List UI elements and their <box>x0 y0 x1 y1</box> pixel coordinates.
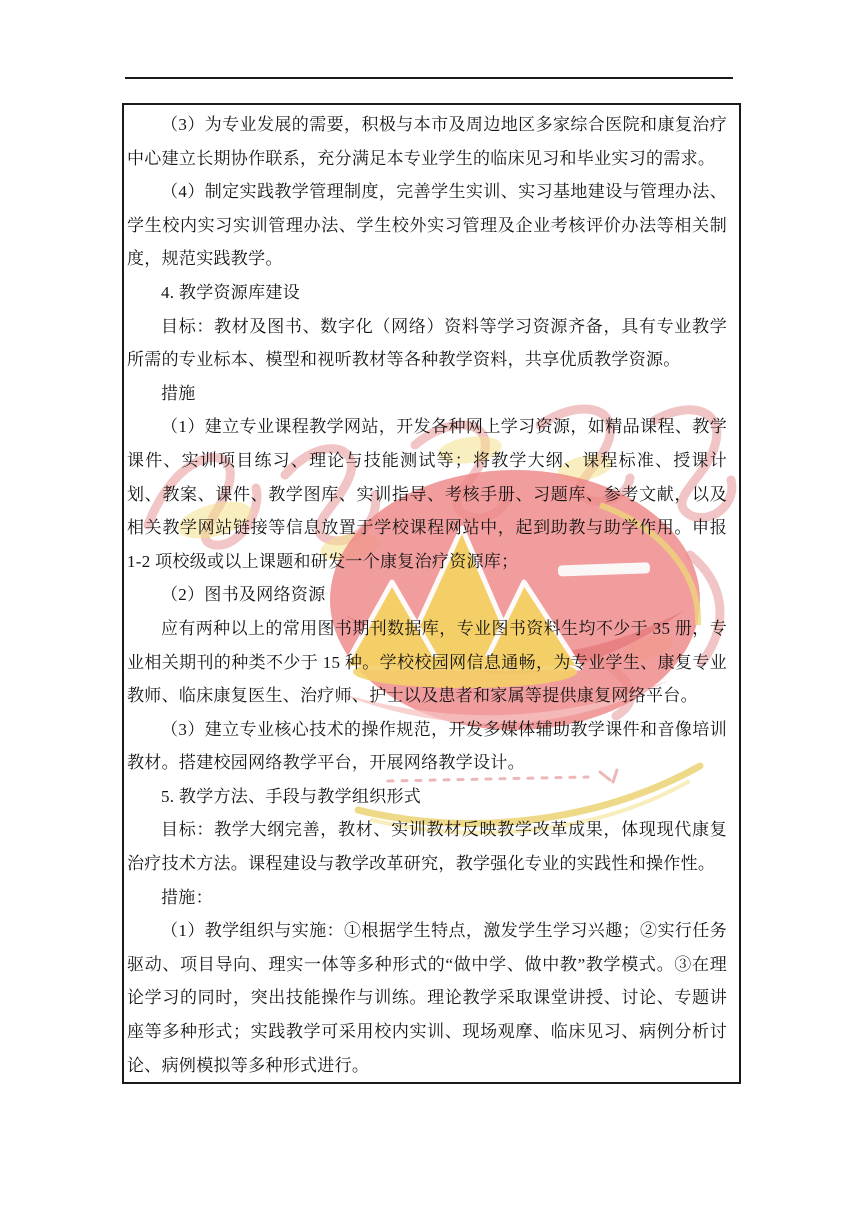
content-table: （3）为专业发展的需要，积极与本市及周边地区多家综合医院和康复治疗中心建立长期协… <box>122 103 741 1084</box>
paragraph: （3）建立专业核心技术的操作规范，开发多媒体辅助教学课件和音像培训教材。搭建校园… <box>127 713 727 780</box>
section-5-heading: 5. 教学方法、手段与教学组织形式 <box>127 780 727 814</box>
paragraph: （1）教学组织与实施：①根据学生特点，激发学生学习兴趣；②实行任务驱动、项目导向… <box>127 914 727 1082</box>
section-4-heading: 4. 教学资源库建设 <box>127 276 727 310</box>
paragraph: （2）图书及网络资源 <box>127 578 727 612</box>
paragraph: （1）建立专业课程教学网站，开发各种网上学习资源，如精品课程、教学课件、实训项目… <box>127 410 727 578</box>
paragraph: （4）制定实践教学管理制度，完善学生实训、实习基地建设与管理办法、学生校内实习实… <box>127 175 727 276</box>
document-page: （3）为专业发展的需要，积极与本市及周边地区多家综合医院和康复治疗中心建立长期协… <box>0 0 860 1217</box>
paragraph: 应有两种以上的常用图书期刊数据库，专业图书资料生均不少于 35 册，专业相关期刊… <box>127 612 727 713</box>
goal-paragraph: 目标：教材及图书、数字化（网络）资料等学习资源齐备，具有专业教学所需的专业标本、… <box>127 310 727 377</box>
measures-label: 措施： <box>127 881 727 915</box>
measures-label: 措施 <box>127 377 727 411</box>
paragraph: （3）为专业发展的需要，积极与本市及周边地区多家综合医院和康复治疗中心建立长期协… <box>127 108 727 175</box>
goal-paragraph: 目标：教学大纲完善，教材、实训教材反映教学改革成果，体现现代康复治疗技术方法。课… <box>127 813 727 880</box>
header-rule <box>125 77 733 79</box>
